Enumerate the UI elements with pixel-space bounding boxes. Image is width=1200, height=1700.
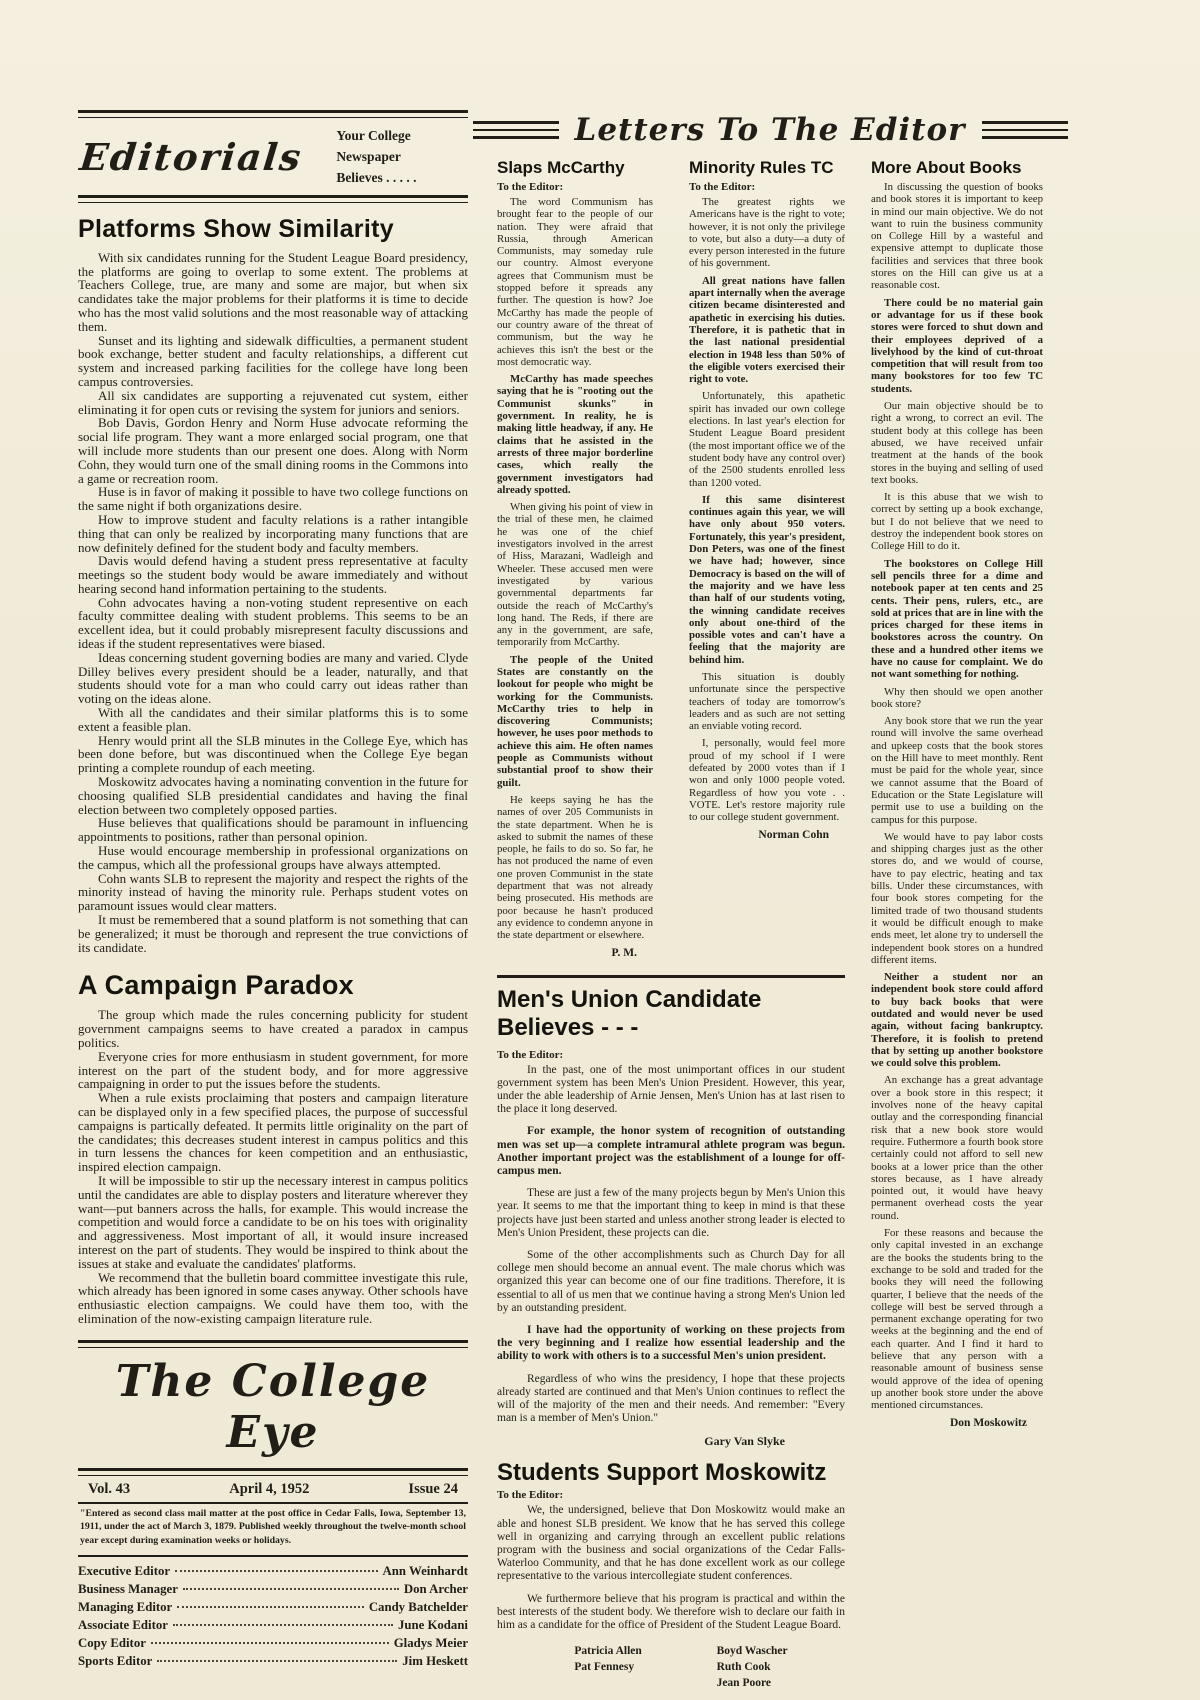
paragraph: When giving his point of view in the tri… bbox=[497, 501, 653, 649]
paragraph: Bob Davis, Gordon Henry and Norm Huse ad… bbox=[78, 416, 468, 485]
paragraph: We, the undersigned, believe that Don Mo… bbox=[497, 1504, 845, 1583]
letter-minority: Minority Rules TC To the Editor: The gre… bbox=[689, 158, 845, 959]
paragraph: In the past, one of the most unimportant… bbox=[497, 1064, 845, 1117]
paragraph: Moskowitz advocates having a nominating … bbox=[78, 775, 468, 816]
letter-body-books: In discussing the question of books and … bbox=[871, 181, 1043, 1412]
dotted-leader bbox=[175, 1570, 377, 1572]
staff-row: Sports EditorJim Heskett bbox=[78, 1654, 468, 1669]
paragraph: Huse believes that qualifications should… bbox=[78, 816, 468, 844]
dotted-leader bbox=[183, 1588, 399, 1590]
letter-title-mccarthy: Slaps McCarthy bbox=[497, 158, 653, 178]
paragraph: Everyone cries for more enthusiasm in st… bbox=[78, 1050, 468, 1091]
paragraph: If this same disinterest continues again… bbox=[689, 494, 845, 666]
signature-name: Pat Fennesy bbox=[574, 1659, 641, 1675]
volume-label: Vol. 43 bbox=[88, 1481, 130, 1498]
article-body-paradox: The group which made the rules concernin… bbox=[78, 1008, 468, 1325]
salutation: To the Editor: bbox=[497, 181, 653, 193]
paragraph: Cohn advocates having a non-voting stude… bbox=[78, 596, 468, 651]
staff-name: Don Archer bbox=[404, 1582, 468, 1597]
paragraph: In discussing the question of books and … bbox=[871, 181, 1043, 292]
paragraph: When a rule exists proclaiming that post… bbox=[78, 1091, 468, 1174]
signature-name: Ruth Cook bbox=[717, 1659, 788, 1675]
tagline-line1: Your College Newspaper bbox=[336, 128, 410, 164]
staff-name: Gladys Meier bbox=[394, 1636, 468, 1651]
letters-script-title: Letters To The Editor bbox=[575, 112, 966, 148]
paragraph: I have had the opportunity of working on… bbox=[497, 1324, 845, 1364]
paragraph: For example, the honor system of recogni… bbox=[497, 1125, 845, 1178]
paragraph: Unfortunately, this apathetic spirit has… bbox=[689, 390, 845, 488]
rule bbox=[497, 975, 845, 978]
paragraph: Huse is in favor of making it possible t… bbox=[78, 485, 468, 513]
staff-role: Associate Editor bbox=[78, 1618, 168, 1633]
editorial-column: Editorials Your College Newspaper Believ… bbox=[78, 110, 468, 1672]
staff-row: Associate EditorJune Kodani bbox=[78, 1618, 468, 1633]
signature-columns: Patricia AllenPat Fennesy Boyd WascherRu… bbox=[497, 1641, 845, 1691]
staff-row: Executive EditorAnn Weinhardt bbox=[78, 1564, 468, 1579]
letter-title-moskowitz: Students Support Moskowitz bbox=[497, 1459, 845, 1487]
letter-body-mens-union: In the past, one of the most unimportant… bbox=[497, 1064, 845, 1426]
header-flourish-left bbox=[473, 121, 559, 139]
signature-name: Boyd Wascher bbox=[717, 1643, 788, 1659]
editorials-header: Editorials Your College Newspaper Believ… bbox=[78, 118, 468, 195]
letter-body-minority: The greatest rights we Americans have is… bbox=[689, 196, 845, 824]
signature-pm: P. M. bbox=[497, 947, 653, 959]
letters-two-columns: Slaps McCarthy To the Editor: The word C… bbox=[497, 158, 845, 959]
entry-notice: "Entered as second class mail matter at … bbox=[78, 1504, 468, 1555]
letter-mens-union: Men's Union Candidate Believes - - - To … bbox=[497, 986, 845, 1450]
staff-row: Managing EditorCandy Batchelder bbox=[78, 1600, 468, 1615]
paragraph: I, personally, would feel more proud of … bbox=[689, 737, 845, 823]
paragraph: The people of the United States are cons… bbox=[497, 654, 653, 789]
rule bbox=[78, 1340, 468, 1348]
letter-books: More About Books In discussing the quest… bbox=[871, 158, 1043, 1429]
masthead-issue-row: Vol. 43 April 4, 1952 Issue 24 bbox=[78, 1476, 468, 1502]
paragraph: Sunset and its lighting and sidewalk dif… bbox=[78, 334, 468, 389]
paragraph: It is this abuse that we wish to correct… bbox=[871, 491, 1043, 552]
paragraph: He keeps saying he has the names of over… bbox=[497, 794, 653, 942]
paragraph: The group which made the rules concernin… bbox=[78, 1008, 468, 1049]
article-body-platforms: With six candidates running for the Stud… bbox=[78, 251, 468, 955]
rule bbox=[78, 110, 468, 118]
paragraph: It must be remembered that a sound platf… bbox=[78, 913, 468, 954]
staff-name: Candy Batchelder bbox=[369, 1600, 468, 1615]
staff-role: Business Manager bbox=[78, 1582, 178, 1597]
editorials-script-title: Editorials bbox=[78, 135, 305, 179]
paragraph: With all the candidates and their simila… bbox=[78, 706, 468, 734]
letter-title-books: More About Books bbox=[871, 158, 1043, 178]
staff-row: Business ManagerDon Archer bbox=[78, 1582, 468, 1597]
paragraph: We furthermore believe that his program … bbox=[497, 1593, 845, 1633]
letter-body-moskowitz: We, the undersigned, believe that Don Mo… bbox=[497, 1504, 845, 1632]
staff-role: Copy Editor bbox=[78, 1636, 146, 1651]
staff-list: Executive EditorAnn WeinhardtBusiness Ma… bbox=[78, 1557, 468, 1669]
staff-role: Sports Editor bbox=[78, 1654, 152, 1669]
paragraph: The bookstores on College Hill sell penc… bbox=[871, 558, 1043, 681]
header-flourish-right bbox=[982, 121, 1068, 139]
signature-moskowitz: Don Moskowitz bbox=[871, 1417, 1043, 1429]
paragraph: This situation is doubly unfortunate sin… bbox=[689, 671, 845, 732]
masthead-title: The College Eye bbox=[78, 1348, 468, 1468]
paragraph: Why then should we open another book sto… bbox=[871, 686, 1043, 711]
salutation: To the Editor: bbox=[689, 181, 845, 193]
signature-cohn: Norman Cohn bbox=[689, 829, 845, 841]
paragraph: These are just a few of the many project… bbox=[497, 1187, 845, 1240]
paragraph: Cohn wants SLB to represent the majority… bbox=[78, 872, 468, 913]
paragraph: All great nations have fallen apart inte… bbox=[689, 275, 845, 386]
paragraph: All six candidates are supporting a reju… bbox=[78, 389, 468, 417]
tagline-line2: Believes . . . . . bbox=[336, 170, 416, 185]
paragraph: There could be no material gain or advan… bbox=[871, 297, 1043, 395]
signature-name: Jean Poore bbox=[717, 1675, 788, 1691]
rule bbox=[78, 195, 468, 203]
dotted-leader bbox=[177, 1606, 364, 1608]
paragraph: The word Communism has brought fear to t… bbox=[497, 196, 653, 368]
paragraph: Our main objective should be to right a … bbox=[871, 400, 1043, 486]
paragraph: Huse would encourage membership in profe… bbox=[78, 844, 468, 872]
paragraph: Neither a student nor an independent boo… bbox=[871, 971, 1043, 1069]
paragraph: Davis would defend having a student pres… bbox=[78, 554, 468, 595]
paragraph: How to improve student and faculty relat… bbox=[78, 513, 468, 554]
paragraph: We would have to pay labor costs and shi… bbox=[871, 831, 1043, 966]
issue-number: Issue 24 bbox=[408, 1481, 458, 1498]
signature-van-slyke: Gary Van Slyke bbox=[497, 1434, 845, 1449]
paragraph: With six candidates running for the Stud… bbox=[78, 251, 468, 334]
rule bbox=[78, 1468, 468, 1476]
paragraph: Ideas concerning student governing bodie… bbox=[78, 651, 468, 706]
newspaper-page: Editorials Your College Newspaper Believ… bbox=[0, 0, 1200, 1700]
letters-body: Slaps McCarthy To the Editor: The word C… bbox=[497, 158, 1043, 1692]
paragraph: An exchange has a great advantage over a… bbox=[871, 1074, 1043, 1222]
letter-body-mccarthy: The word Communism has brought fear to t… bbox=[497, 196, 653, 942]
dotted-leader bbox=[151, 1642, 389, 1644]
signature-name: Patricia Allen bbox=[574, 1643, 641, 1659]
letter-moskowitz-support: Students Support Moskowitz To the Editor… bbox=[497, 1459, 845, 1691]
paragraph: McCarthy has made speeches saying that h… bbox=[497, 373, 653, 496]
dotted-leader bbox=[173, 1624, 393, 1626]
letters-left-block: Slaps McCarthy To the Editor: The word C… bbox=[497, 158, 845, 1692]
salutation: To the Editor: bbox=[497, 1049, 845, 1061]
letters-header: Letters To The Editor bbox=[497, 112, 1043, 148]
letter-mccarthy: Slaps McCarthy To the Editor: The word C… bbox=[497, 158, 653, 959]
staff-name: June Kodani bbox=[398, 1618, 468, 1633]
signatures-left: Patricia AllenPat Fennesy bbox=[574, 1643, 641, 1691]
paragraph: Regardless of who wins the presidency, I… bbox=[497, 1373, 845, 1426]
letters-section: Letters To The Editor Slaps McCarthy To … bbox=[497, 112, 1043, 1692]
masthead: The College Eye Vol. 43 April 4, 1952 Is… bbox=[78, 1340, 468, 1669]
paragraph: It will be impossible to stir up the nec… bbox=[78, 1174, 468, 1271]
staff-name: Jim Heskett bbox=[402, 1654, 468, 1669]
paragraph: Any book store that we run the year roun… bbox=[871, 715, 1043, 826]
paragraph: For these reasons and because the only c… bbox=[871, 1227, 1043, 1411]
editorials-tagline: Your College Newspaper Believes . . . . … bbox=[336, 126, 464, 189]
article-title-paradox: A Campaign Paradox bbox=[78, 970, 468, 1001]
paragraph: The greatest rights we Americans have is… bbox=[689, 196, 845, 270]
staff-name: Ann Weinhardt bbox=[383, 1564, 468, 1579]
salutation: To the Editor: bbox=[497, 1489, 845, 1501]
paragraph: Henry would print all the SLB minutes in… bbox=[78, 734, 468, 775]
dotted-leader bbox=[157, 1660, 397, 1662]
staff-role: Managing Editor bbox=[78, 1600, 172, 1615]
signatures-right: Boyd WascherRuth CookJean Poore bbox=[717, 1643, 788, 1691]
paragraph: We recommend that the bulletin board com… bbox=[78, 1271, 468, 1326]
letter-title-minority: Minority Rules TC bbox=[689, 158, 845, 178]
article-title-platforms: Platforms Show Similarity bbox=[78, 215, 468, 244]
paragraph: Some of the other accomplishments such a… bbox=[497, 1249, 845, 1315]
staff-row: Copy EditorGladys Meier bbox=[78, 1636, 468, 1651]
staff-role: Executive Editor bbox=[78, 1564, 170, 1579]
issue-date: April 4, 1952 bbox=[229, 1481, 309, 1498]
letter-title-mens-union: Men's Union Candidate Believes - - - bbox=[497, 986, 845, 1042]
